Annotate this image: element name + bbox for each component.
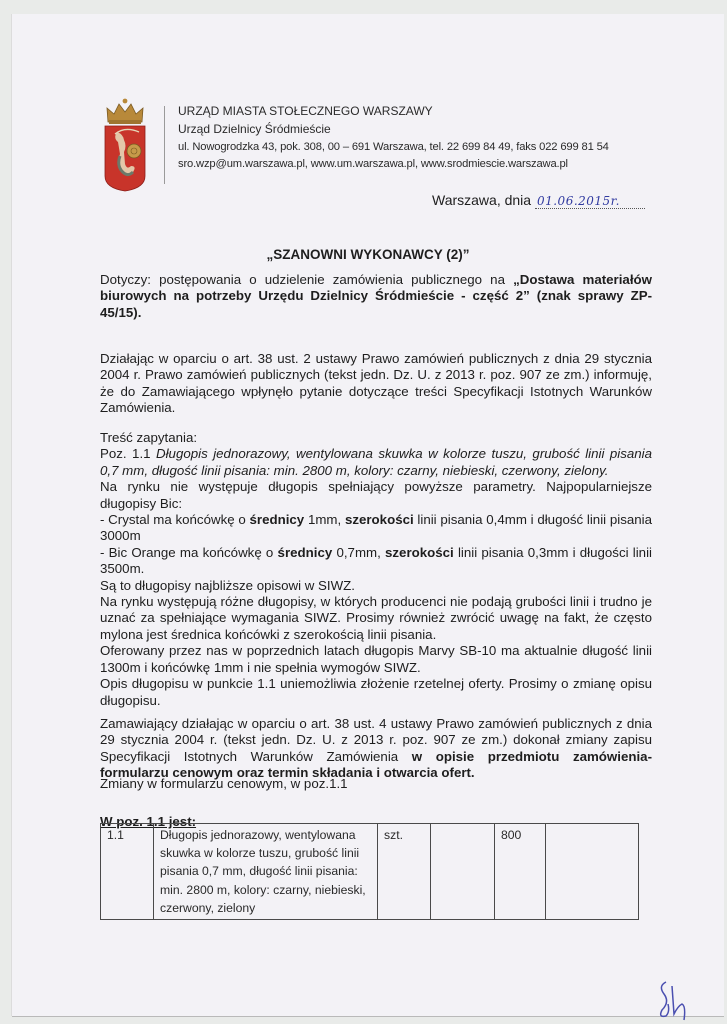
cell-description: Długopis jednorazowy, wentylowana skuwka… xyxy=(154,824,378,920)
table-row: 1.1 Długopis jednorazowy, wentylowana sk… xyxy=(101,824,639,920)
closest-line: Są to długopisy najbliższe opisowi w SIW… xyxy=(100,578,652,594)
office-name: Urząd Dzielnicy Śródmieście xyxy=(178,122,331,136)
question-item: Poz. 1.1 Długopis jednorazowy, wentylowa… xyxy=(100,446,652,479)
changes-heading: Zmiany w formularzu cenowym, w poz.1.1 xyxy=(100,776,652,792)
subject-paragraph: Dotyczy: postępowania o udzielenie zamów… xyxy=(100,272,652,321)
price-form-table: 1.1 Długopis jednorazowy, wentylowana sk… xyxy=(100,823,639,920)
item-prefix: Poz. 1.1 xyxy=(100,446,156,461)
various-line: Na rynku występują różne długopisy, w kt… xyxy=(100,594,652,643)
warsaw-coat-of-arms-icon xyxy=(103,96,147,192)
cell-empty-4 xyxy=(431,824,495,920)
question-heading: Treść zapytania: xyxy=(100,430,652,446)
cell-quantity: 800 xyxy=(495,824,546,920)
subject-prefix: Dotyczy: postępowania o udzielenie zamów… xyxy=(100,272,513,287)
bullet-orange: - Bic Orange ma końcówkę o średnicy 0,7m… xyxy=(100,545,652,578)
marvy-line: Oferowany przez nas w poprzednich latach… xyxy=(100,643,652,676)
letterhead-divider xyxy=(164,106,165,184)
intro-paragraph: Działając w oparciu o art. 38 ust. 2 ust… xyxy=(100,351,652,417)
item-spec: Długopis jednorazowy, wentylowana skuwka… xyxy=(100,446,652,477)
document-title: „SZANOWNI WYKONAWCY (2)” xyxy=(12,247,724,262)
institution-name: URZĄD MIASTA STOŁECZNEGO WARSZAWY xyxy=(178,104,433,118)
place-label: Warszawa, dnia xyxy=(432,192,531,208)
handwritten-date: 01.06.2015r. xyxy=(535,194,645,209)
document-page: URZĄD MIASTA STOŁECZNEGO WARSZAWY Urząd … xyxy=(12,14,724,1016)
cell-unit: szt. xyxy=(378,824,431,920)
question-section: Treść zapytania: Poz. 1.1 Długopis jedno… xyxy=(100,430,652,709)
answer-paragraph: Zamawiający działając w oparciu o art. 3… xyxy=(100,716,652,782)
dateline: Warszawa, dnia 01.06.2015r. xyxy=(432,192,645,209)
office-address: ul. Nowogrodzka 43, pok. 308, 00 – 691 W… xyxy=(178,141,609,153)
cell-empty-6 xyxy=(546,824,639,920)
handwritten-initials xyxy=(652,976,692,1024)
cell-lp: 1.1 xyxy=(101,824,154,920)
office-contacts: sro.wzp@um.warszawa.pl, www.um.warszawa.… xyxy=(178,158,568,170)
request-line: Opis długopisu w punkcie 1.1 uniemożliwi… xyxy=(100,676,652,709)
bullet-crystal: - Crystal ma końcówkę o średnicy 1mm, sz… xyxy=(100,512,652,545)
market-line: Na rynku nie występuje długopis spełniaj… xyxy=(100,479,652,512)
